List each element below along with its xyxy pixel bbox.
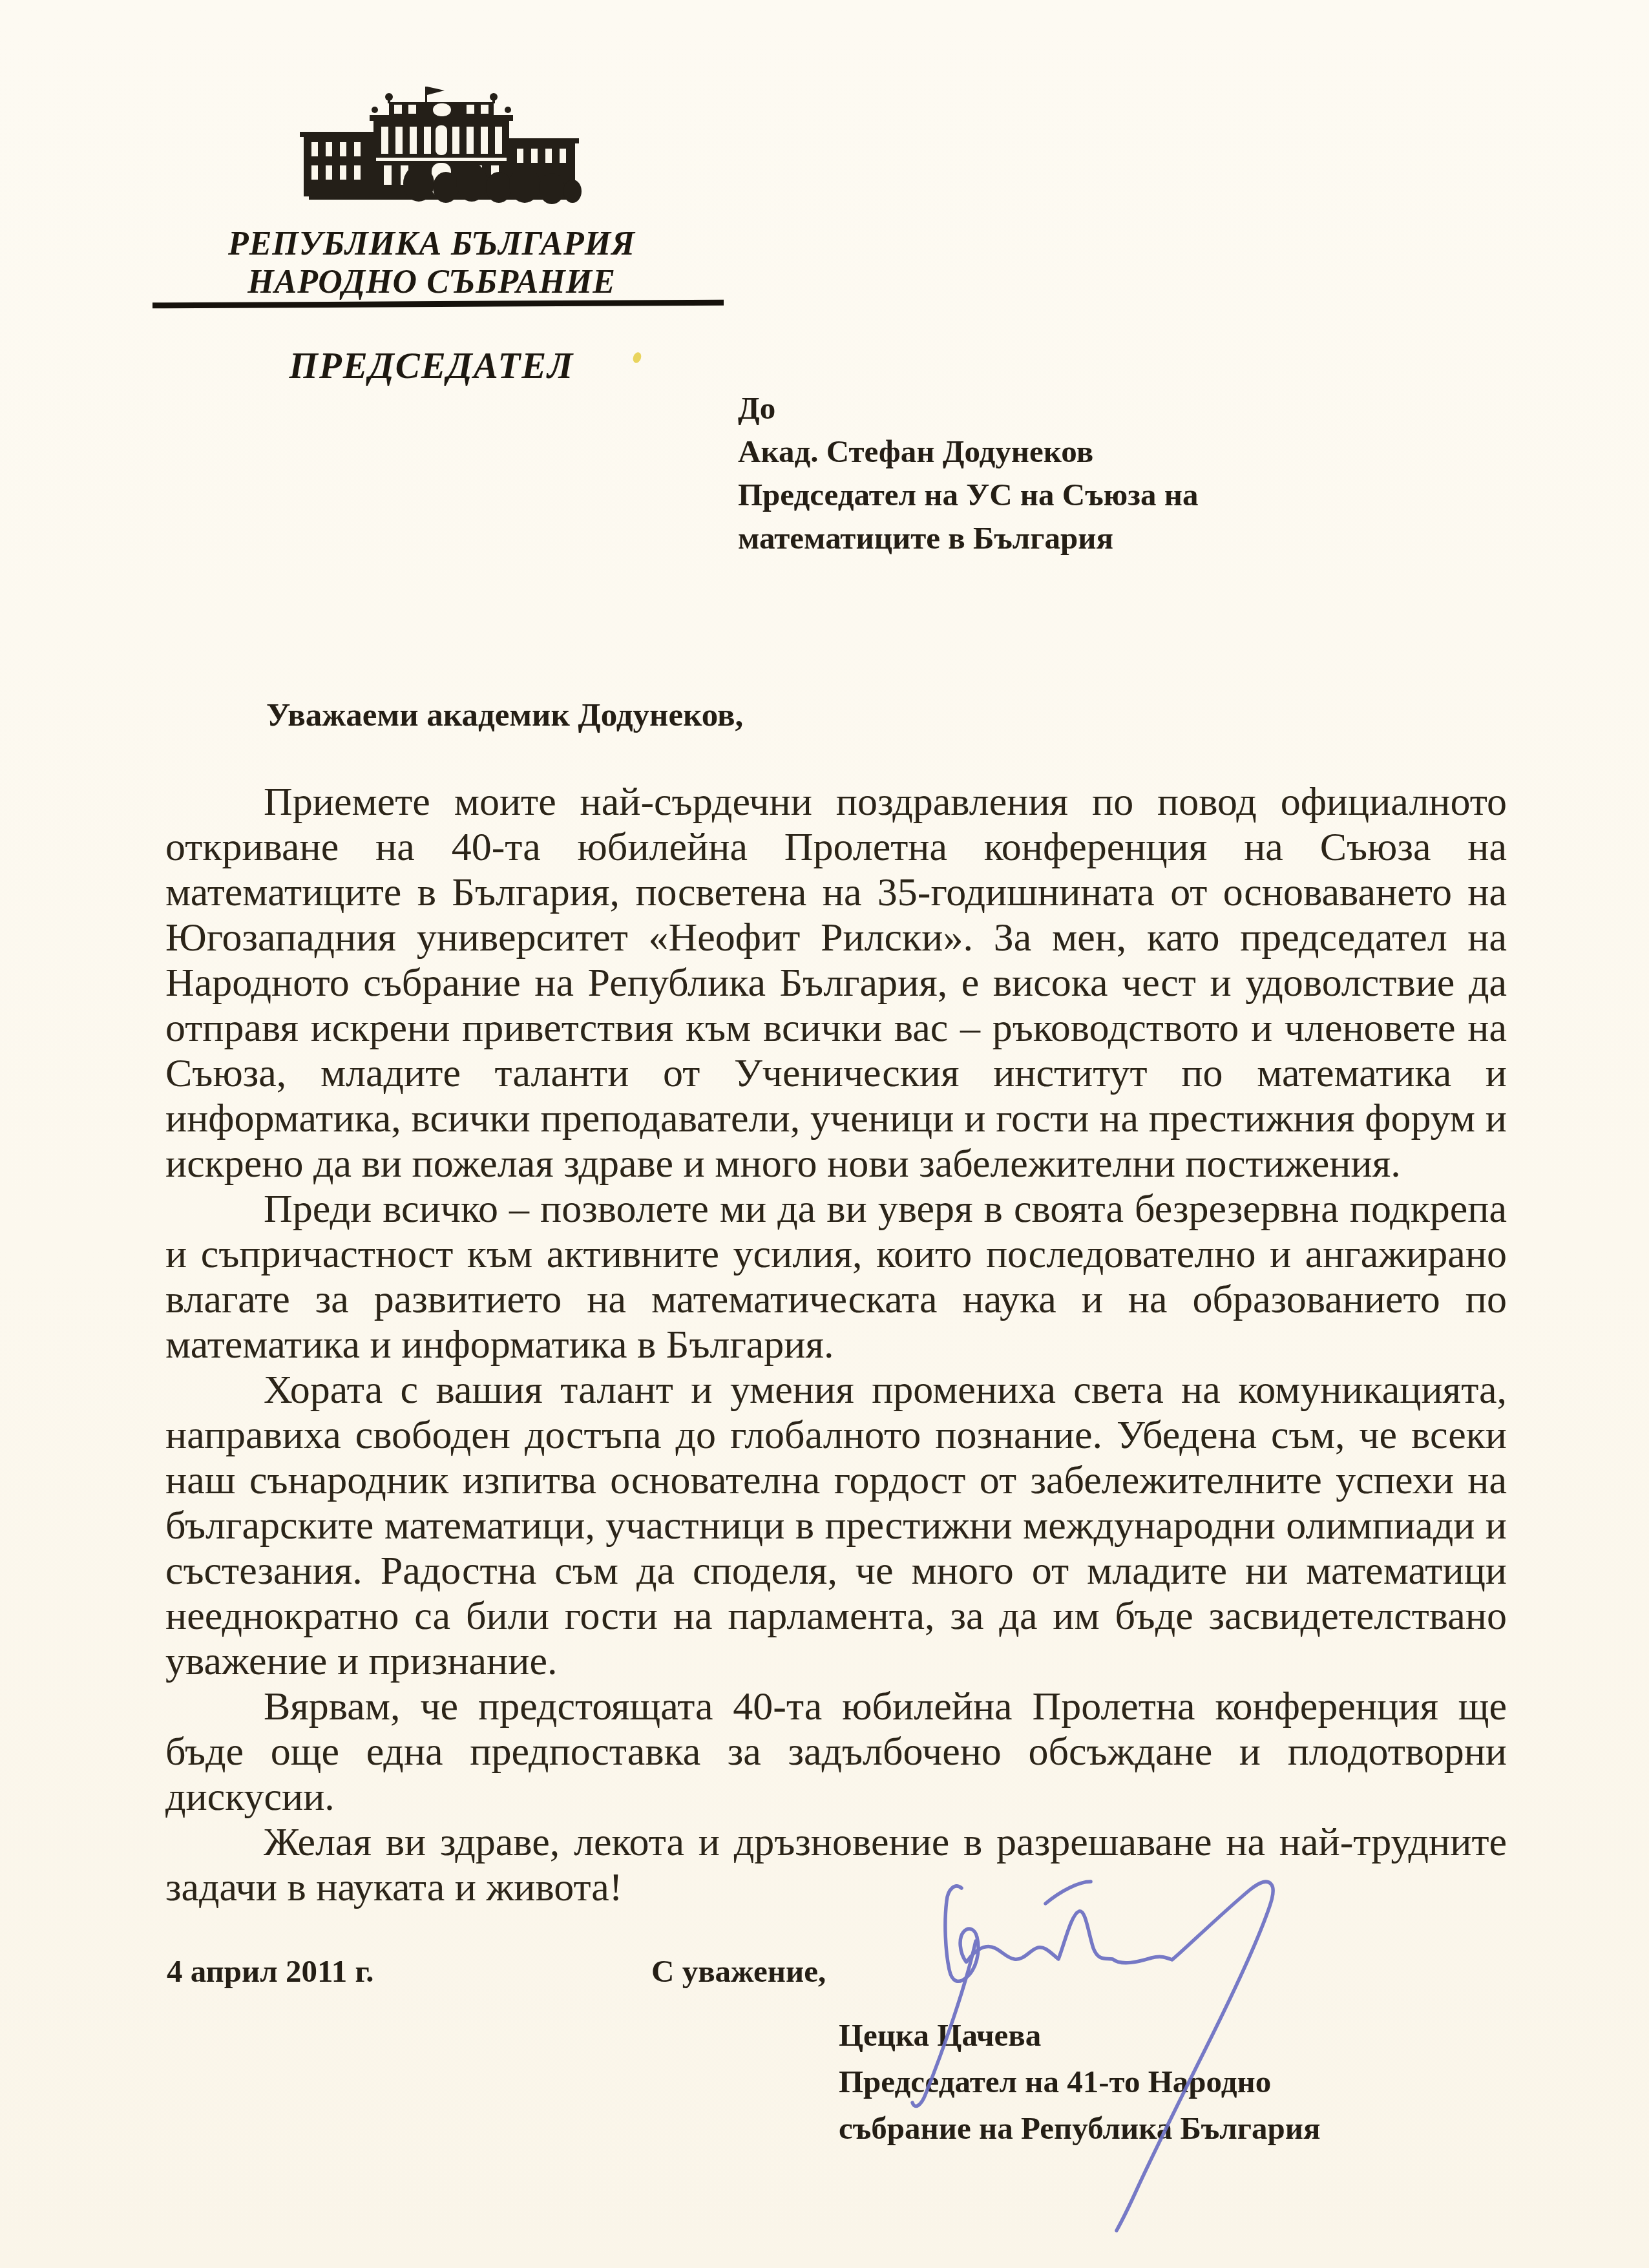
- recipient-title-line2: математиците в България: [738, 516, 1449, 560]
- letter-body: Приемете моите най-сърдечни поздравления…: [165, 779, 1507, 1910]
- scanned-letter-page: РЕПУБЛИКА БЪЛГАРИЯ НАРОДНО СЪБРАНИЕ ПРЕД…: [0, 0, 1649, 2268]
- handwritten-signature-icon: [879, 1835, 1318, 2249]
- paragraph-2: Преди всичко – позволете ми да ви уверя …: [165, 1186, 1507, 1367]
- letterhead-institution: НАРОДНО СЪБРАНИЕ: [109, 263, 755, 301]
- paragraph-3: Хората с вашия талант и умения промениха…: [165, 1367, 1507, 1684]
- letter-date: 4 април 2011 г.: [167, 1953, 374, 1990]
- letterhead-role: ПРЕДСЕДАТЕЛ: [109, 345, 755, 387]
- recipient-to: До: [738, 386, 1449, 430]
- parliament-building-icon: [292, 85, 588, 217]
- paragraph-4: Вярвам, че предстоящата 40-та юбилейна П…: [165, 1684, 1507, 1820]
- recipient-title-line1: Председател на УС на Съюза на: [738, 473, 1449, 516]
- letterhead-country: РЕПУБЛИКА БЪЛГАРИЯ: [109, 225, 755, 263]
- recipient-name: Акад. Стефан Додунеков: [738, 430, 1449, 473]
- letterhead: РЕПУБЛИКА БЪЛГАРИЯ НАРОДНО СЪБРАНИЕ: [109, 225, 755, 301]
- closing-regards: С уважение,: [651, 1953, 826, 1990]
- paragraph-1: Приемете моите най-сърдечни поздравления…: [165, 779, 1507, 1186]
- salutation: Уважаеми академик Додунеков,: [266, 697, 743, 734]
- recipient-block: До Акад. Стефан Додунеков Председател на…: [738, 386, 1449, 560]
